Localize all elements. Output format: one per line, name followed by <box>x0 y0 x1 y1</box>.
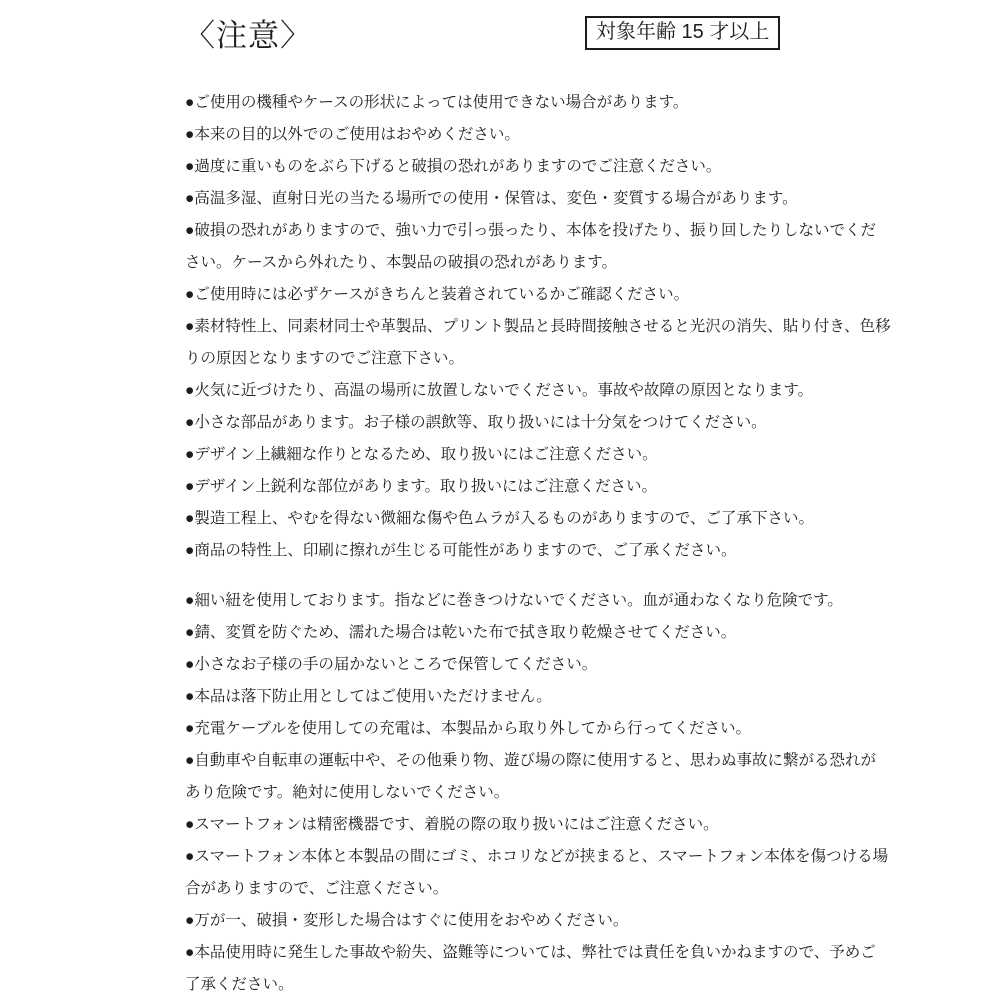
notice-item: ●製造工程上、やむを得ない微細な傷や色ムラが入るものがありますので、ご了承下さい… <box>185 503 891 535</box>
notice-group: ●細い紐を使用しております。指などに巻きつけないでください。血が通わなくなり危険… <box>185 585 891 1000</box>
notice-item: ●細い紐を使用しております。指などに巻きつけないでください。血が通わなくなり危険… <box>185 585 891 617</box>
notice-item: ●デザイン上鋭利な部位があります。取り扱いにはご注意ください。 <box>185 471 891 503</box>
notice-item: ●本来の目的以外でのご使用はおやめください。 <box>185 119 891 151</box>
notice-item: ●スマートフォン本体と本製品の間にゴミ、ホコリなどが挟まると、スマートフォン本体… <box>185 841 891 905</box>
notice-item: ●商品の特性上、印刷に擦れが生じる可能性がありますので、ご了承ください。 <box>185 535 891 567</box>
notice-item: ●ご使用時には必ずケースがきちんと装着されているかご確認ください。 <box>185 279 891 311</box>
notice-item: ●火気に近づけたり、高温の場所に放置しないでください。事故や故障の原因となります… <box>185 375 891 407</box>
notice-item: ●デザイン上繊細な作りとなるため、取り扱いにはご注意ください。 <box>185 439 891 471</box>
page-title: 〈注意〉 <box>184 10 312 55</box>
notice-item: ●素材特性上、同素材同士や革製品、プリント製品と長時間接触させると光沢の消失、貼… <box>185 311 891 375</box>
notice-item: ●破損の恐れがありますので、強い力で引っ張ったり、本体を投げたり、振り回したりし… <box>185 215 891 279</box>
notice-group: ●ご使用の機種やケースの形状によっては使用できない場合があります。●本来の目的以… <box>185 87 891 567</box>
notice-item: ●小さなお子様の手の届かないところで保管してください。 <box>185 649 891 681</box>
notice-item: ●小さな部品があります。お子様の誤飲等、取り扱いには十分気をつけてください。 <box>185 407 891 439</box>
notice-item: ●本品使用時に発生した事故や紛失、盗難等については、弊社では責任を負いかねますの… <box>185 937 891 1000</box>
notice-item: ●充電ケーブルを使用しての充電は、本製品から取り外してから行ってください。 <box>185 713 891 745</box>
caution-document-page: 〈注意〉 対象年齢 15 才以上 ●ご使用の機種やケースの形状によっては使用でき… <box>0 0 1000 1000</box>
notice-item: ●万が一、破損・変形した場合はすぐに使用をおやめください。 <box>185 905 891 937</box>
notice-item: ●自動車や自転車の運転中や、その他乗り物、遊び場の際に使用すると、思わぬ事故に繋… <box>185 745 891 809</box>
notice-list: ●ご使用の機種やケースの形状によっては使用できない場合があります。●本来の目的以… <box>185 87 891 1000</box>
notice-item: ●ご使用の機種やケースの形状によっては使用できない場合があります。 <box>185 87 891 119</box>
notice-item: ●高温多湿、直射日光の当たる場所での使用・保管は、変色・変質する場合があります。 <box>185 183 891 215</box>
notice-item: ●錆、変質を防ぐため、濡れた場合は乾いた布で拭き取り乾燥させてください。 <box>185 617 891 649</box>
target-age-badge: 対象年齢 15 才以上 <box>585 16 780 50</box>
notice-item: ●過度に重いものをぶら下げると破損の恐れがありますのでご注意ください。 <box>185 151 891 183</box>
notice-item: ●本品は落下防止用としてはご使用いただけません。 <box>185 681 891 713</box>
notice-item: ●スマートフォンは精密機器です、着脱の際の取り扱いにはご注意ください。 <box>185 809 891 841</box>
